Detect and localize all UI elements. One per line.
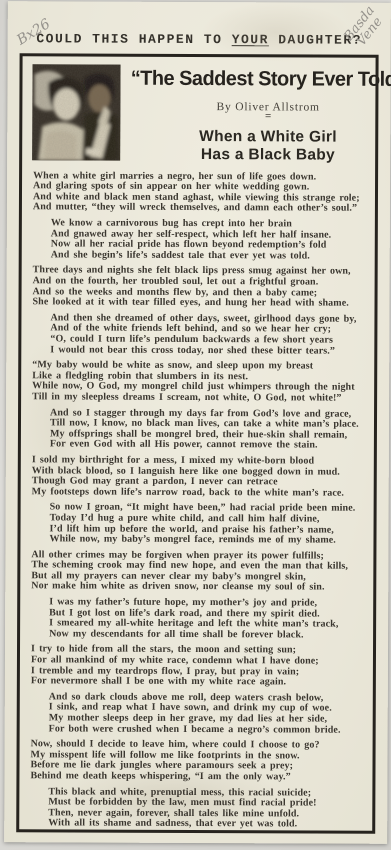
poem-line: I would not bear this cross today, nor s… (50, 345, 364, 357)
poem-stanza-9: All other crimes may be forgiven when pr… (31, 550, 363, 594)
poem: When a white girl marries a negro, her s… (27, 171, 367, 831)
poem-stanza-7: I sold my birthright for a mess, I mixed… (32, 455, 364, 499)
subtitle-line: Has a Black Baby (126, 146, 391, 166)
document-title: “The Saddest Story Ever Told” (131, 67, 391, 92)
subtitle-line: When a White Girl (126, 127, 391, 147)
masthead: “The Saddest Story Ever Told” By Oliver … (30, 62, 367, 165)
poem-line: She looked at it with tear filled eyes, … (32, 297, 364, 309)
scanned-leaflet-paper: Bx26 Basda Vene COULD THIS HAPPEN TO YOU… (4, 1, 391, 844)
header-question: COULD THIS HAPPEN TO YOUR DAUGHTER? (8, 31, 391, 48)
header-question-emphasized: YOUR (232, 32, 269, 47)
document-subtitle: When a White Girl Has a Black Baby (126, 127, 391, 165)
poem-line: And she begin’s life’s saddest tale that… (51, 250, 365, 262)
poem-line: While now, my baby’s mongrel face, remin… (49, 534, 363, 546)
poem-stanza-11: I try to hide from all the stars, the mo… (31, 645, 363, 689)
poem-stanza-2: We know a carnivorous bug has crept into… (33, 218, 365, 262)
poem-stanza-12: And so dark clouds above me roll, deep w… (31, 692, 363, 736)
poem-stanza-13: Now, should I decide to leave him, where… (30, 739, 362, 783)
byline-flourish: = (126, 114, 391, 121)
halftone-photo-graphic (32, 64, 120, 160)
poem-line: For both were crushed when I became a ne… (49, 724, 363, 736)
poem-stanza-8: So now I groan, “It might have been,” ha… (31, 503, 363, 547)
byline: By Oliver Allstrom (126, 101, 391, 114)
poem-stanza-14: This black and white, prenuptial mess, t… (30, 787, 362, 831)
poem-line: My footsteps down life’s narrow road, ba… (32, 487, 364, 499)
poem-stanza-1: When a white girl marries a negro, her s… (33, 171, 365, 215)
poem-stanza-4: And then she dreamed of other days, swee… (32, 313, 364, 357)
masthead-text: “The Saddest Story Ever Told” By Oliver … (126, 63, 391, 166)
poem-line: Nor make him white as driven snow, nor c… (31, 582, 363, 594)
poem-line: And mutter, “they will wreck themselves,… (33, 203, 365, 215)
poem-line: Till in my sleepless dreams I scream, no… (32, 392, 364, 404)
poem-line: Now my descendants for all time shall be… (49, 629, 363, 641)
poem-line: For nevermore shall I be one with my whi… (31, 676, 363, 688)
poem-line: For even God with all His power, cannot … (50, 440, 364, 452)
leaflet-border-frame: “The Saddest Story Ever Told” By Oliver … (16, 53, 378, 834)
halftone-wedding-photo (32, 64, 120, 160)
poem-line: Behind me death keeps whispering, “I am … (30, 771, 362, 783)
poem-stanza-10: I was my father’s future hope, my mother… (31, 597, 363, 641)
poem-stanza-5: “My baby would be white as snow, and sle… (32, 360, 364, 404)
poem-stanza-3: Three days and nights she felt black lip… (32, 266, 364, 310)
header-question-pre: COULD THIS HAPPEN TO (36, 31, 231, 47)
poem-stanza-6: And so I stagger through my days far fro… (32, 408, 364, 452)
poem-line: With all its shame and sadness, that eve… (48, 819, 362, 831)
